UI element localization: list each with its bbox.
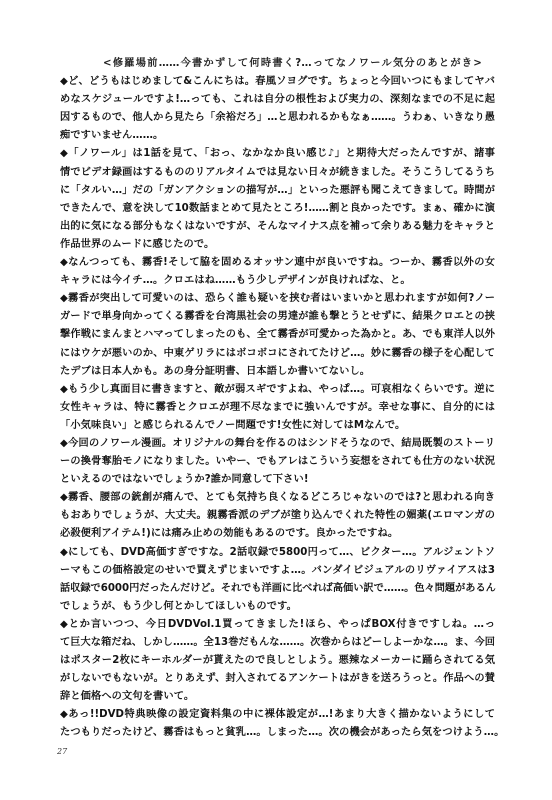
text-line: 女性キャラは、特に霧香とクロエが理不尽なまでに強いんですが。幸せな事に、自分的に… bbox=[60, 399, 495, 417]
text-line: キャラには今イチ…。クロエはね……もう少しデザインが良ければな、と。 bbox=[60, 272, 495, 290]
text-line: 話収録で6000円だったんだけど。それでも洋画に比べれば高価い訳で……。色々問題… bbox=[60, 580, 495, 598]
afterword-title: <修羅場前……今書かずして何時書く?…ってなノワール気分のあとがき> bbox=[103, 55, 482, 73]
text-line: がしないでもないが。とりあえず、封入されてるアンケートはがきを送ろうっと。作品へ… bbox=[60, 670, 495, 688]
paragraph-dvd-prices: ◆にしても、DVD高価すぎですな。2話収録で5800円って…、ビクター…。アルジ… bbox=[60, 544, 495, 616]
text-line: ◆「ノワール」は1話を見て、「おっ、なかなか良い感じ♪」と期待大だったんですが、… bbox=[60, 145, 495, 163]
text-line: にはウケが悪いのか、中東ゲリラにはボコボコにされてたけど…。妙に霧香の様子を心配… bbox=[60, 345, 495, 363]
text-line: 「小気味良い」と感じられるんでノー問題です!女性に対してはMなんで。 bbox=[60, 417, 495, 435]
afterword-column: <修羅場前……今書かずして何時書く?…ってなノワール気分のあとがき> ◆ど、どう… bbox=[60, 55, 495, 743]
paragraph-kirika: ◆霧香が突出して可愛いのは、恐らく誰も疑いを挟む者はいまいかと思われますが如何?… bbox=[60, 290, 495, 380]
document-page: <修羅場前……今書かずして何時書く?…ってなノワール気分のあとがき> ◆ど、どう… bbox=[0, 0, 552, 800]
text-line: ◆今回のノワール漫画。オリジナルの舞台を作るのはシンドそうなので、結局既製のスト… bbox=[60, 435, 495, 453]
text-line: ーマもこの価格設定のせいで買えずじまいですよ…。バンダイビジュアルのリヴァイアス… bbox=[60, 562, 495, 580]
text-line: ◆なんつっても、霧香!そして脇を固めるオッサン連中が良いですね。つーか、霧香以外… bbox=[60, 254, 495, 272]
text-line: はポスター2枚にキーホルダーが貰えたので良しとしよう。悪辣なメーカーに踊らされて… bbox=[60, 652, 495, 670]
text-line: ◆ど、どうもはじめまして&こんにちは。春風ソヨグです。ちょっと今回いつにもまして… bbox=[60, 73, 495, 91]
text-line: めなスケジュールですよ!…っても、これは自分の根性および実力の、深刻なまでの不足… bbox=[60, 91, 495, 109]
text-line: 必殺便利アイテム!)には痛み止めの効能もあるのです。良かったですね。 bbox=[60, 525, 495, 543]
text-line: 痴ですいません……。 bbox=[60, 127, 495, 145]
text-line: ◆霧香が突出して可愛いのは、恐らく誰も疑いを挟む者はいまいかと思われますが如何?… bbox=[60, 290, 495, 308]
paragraph-dvd-box: ◆とか言いつつ、今日DVDVol.1買ってきました!ほら、やっぱBOX付きですし… bbox=[60, 616, 495, 706]
paragraph-characters: ◆なんつっても、霧香!そして脇を固めるオッサン連中が良いですね。つーか、霧香以外… bbox=[60, 254, 495, 290]
paragraph-enemies: ◆もう少し真面目に書きますと、敵が弱スギですよね、やっぱ…。可哀相なくらいです。… bbox=[60, 381, 495, 435]
text-line: できたんで、意を決して10数話まとめて見たところ!……割と良かったです。まぁ、確… bbox=[60, 200, 495, 218]
text-line: ◆あっ!!DVD特典映像の設定資料集の中に裸体設定が…!あまり大きく描かないよう… bbox=[60, 706, 495, 724]
text-line: 出的に気になる部分もなくはないですが、そんなマイナス点を補って余りある魅力をキャ… bbox=[60, 218, 495, 236]
text-line: でしょうが、もう少し何とかしてほしいものです。 bbox=[60, 598, 495, 616]
text-line: 辞と価格への文句を書いて。 bbox=[60, 688, 495, 706]
text-line: に「タルい…」だの「ガンアクションの描写が…」といった悪評も聞こえてきまして。時… bbox=[60, 182, 495, 200]
text-line: 情でビデオ録画はするもののリアルタイムでは見ない日々が続きました。そうこうしてる… bbox=[60, 164, 495, 182]
paragraph-noir-impressions: ◆「ノワール」は1話を見て、「おっ、なかなか良い感じ♪」と期待大だったんですが、… bbox=[60, 145, 495, 254]
page-number: 27 bbox=[57, 747, 67, 756]
text-line: 因するもので、他人から見たら「余裕だろ」…と思われるかもなぁ……。うわぁ、いきな… bbox=[60, 109, 495, 127]
paragraph-greeting: ◆ど、どうもはじめまして&こんにちは。春風ソヨグです。ちょっと今回いつにもまして… bbox=[60, 73, 495, 145]
text-line: ◆にしても、DVD高価すぎですな。2話収録で5800円って…、ビクター…。アルジ… bbox=[60, 544, 495, 562]
paragraph-this-manga: ◆今回のノワール漫画。オリジナルの舞台を作るのはシンドそうなので、結局既製のスト… bbox=[60, 435, 495, 489]
paragraph-bonus-footage: ◆あっ!!DVD特典映像の設定資料集の中に裸体設定が…!あまり大きく描かないよう… bbox=[60, 706, 495, 742]
text-line: たつもりだったけど、霧香はもっと貧乳…。しまった…。次の機会があったら気をつけよ… bbox=[60, 724, 495, 742]
text-line: て巨大な箱だね、しかし……。全13巻だもんな……。次巻からはどーしよーかな…。ま… bbox=[60, 634, 495, 652]
text-line: もおありでしょうが、大丈夫。親霧香派のデブが塗り込んでくれた特性の媚薬(エロマン… bbox=[60, 507, 495, 525]
text-line: といえるのではないでしょうか?誰か同意して下さい! bbox=[60, 471, 495, 489]
text-line: ◆霧香、腰部の銃創が痛んで、とても気持ち良くなるどころじゃないのでは?と思われる… bbox=[60, 489, 495, 507]
text-line: たデブは日本人かも。あの身分証明書、日本語しか書いてないし。 bbox=[60, 363, 495, 381]
text-line: ガードで単身向かってくる霧香を台湾黒社会の男達が誰も撃とうとせずに、結果クロエと… bbox=[60, 308, 495, 326]
text-line: ◆もう少し真面目に書きますと、敵が弱スギですよね、やっぱ…。可哀相なくらいです。… bbox=[60, 381, 495, 399]
text-line: ーの換骨奪胎モノになりました。いやー、でもアレはこういう妄想をされても仕方のない… bbox=[60, 453, 495, 471]
text-line: 作品世界のムードに感じたので。 bbox=[60, 236, 495, 254]
text-line: 撃作戦にまんまとハマってしまったのも、全て霧香が可愛かった為かと。あ、でも東洋人… bbox=[60, 326, 495, 344]
paragraph-wound: ◆霧香、腰部の銃創が痛んで、とても気持ち良くなるどころじゃないのでは?と思われる… bbox=[60, 489, 495, 543]
text-line: ◆とか言いつつ、今日DVDVol.1買ってきました!ほら、やっぱBOX付きですし… bbox=[60, 616, 495, 634]
